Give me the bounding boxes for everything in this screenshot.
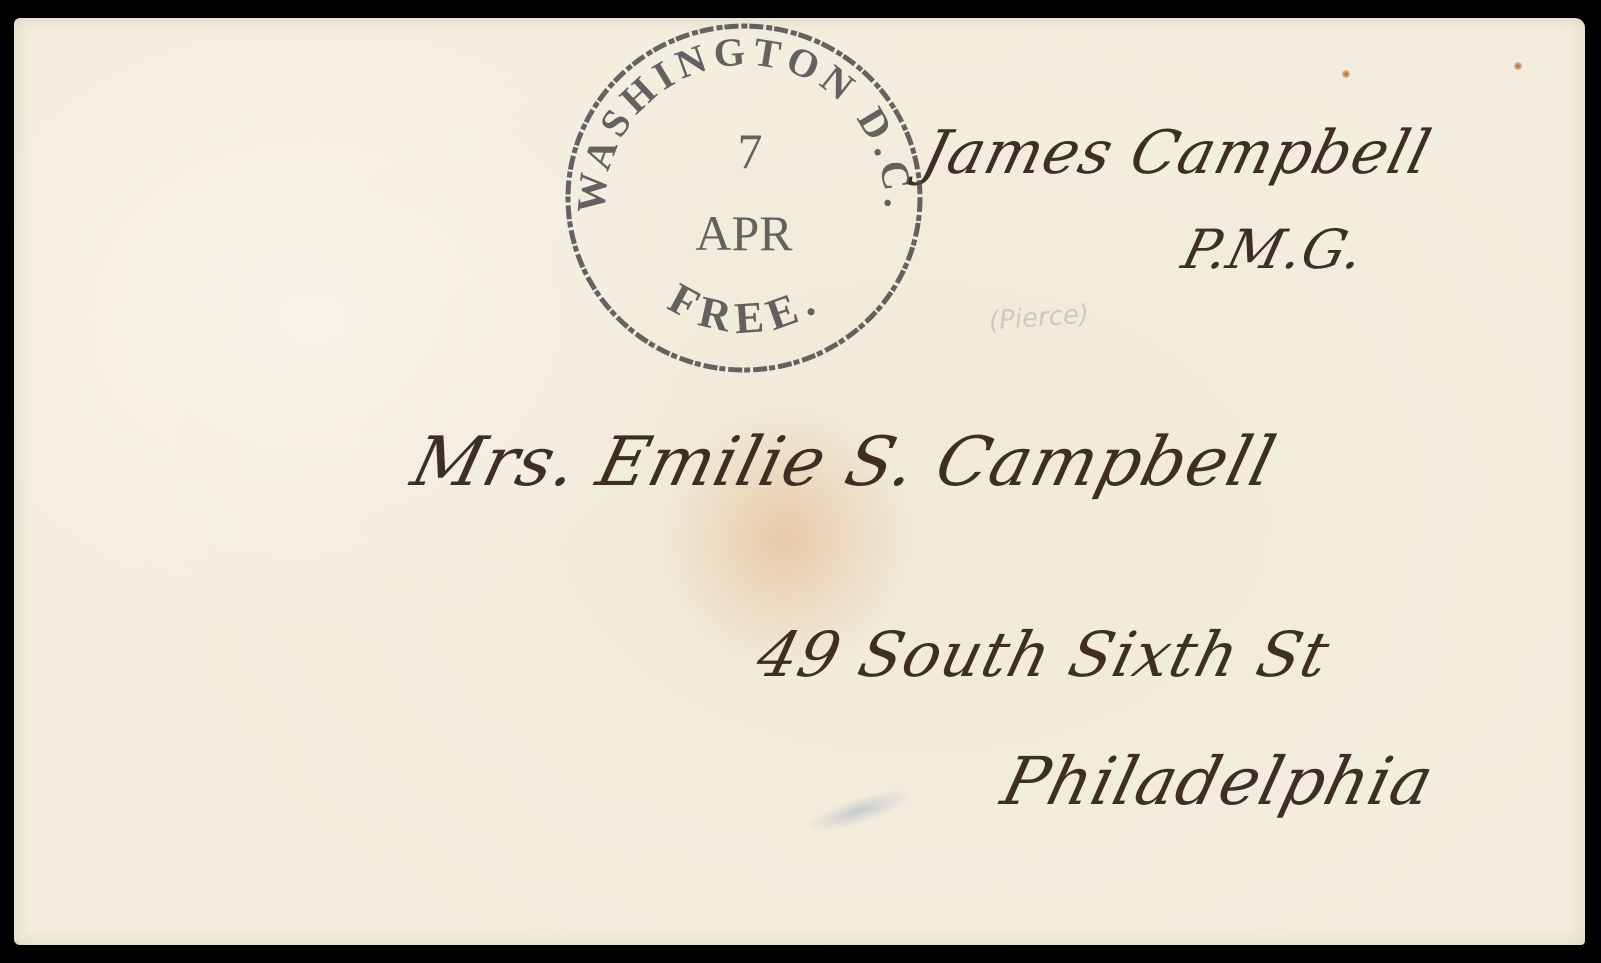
svg-text:FREE.: FREE. — [661, 273, 830, 343]
washington-postmark: WASHINGTON D.C. FREE. 7 APR — [560, 18, 928, 378]
blue-smudge — [803, 782, 916, 841]
foxing-spot — [1514, 62, 1522, 70]
svg-text:WASHINGTON D.C.: WASHINGTON D.C. — [568, 28, 921, 215]
postmark-month: APR — [695, 205, 793, 261]
address-street: 49 South Sixth St — [750, 618, 1337, 691]
frank-title: P.M.G. — [1176, 218, 1371, 281]
foxing-spot — [1342, 70, 1350, 78]
postmark-city: WASHINGTON D.C. — [568, 28, 921, 215]
frank-signature: James Campbell — [915, 118, 1438, 188]
postmark-day: 7 — [738, 123, 763, 179]
addressee-name: Mrs. Emilie S. Campbell — [404, 423, 1283, 502]
pencil-annotation: (Pierce) — [988, 300, 1090, 337]
address-city: Philadelphia — [994, 743, 1441, 820]
postmark-rate: FREE. — [661, 273, 830, 343]
